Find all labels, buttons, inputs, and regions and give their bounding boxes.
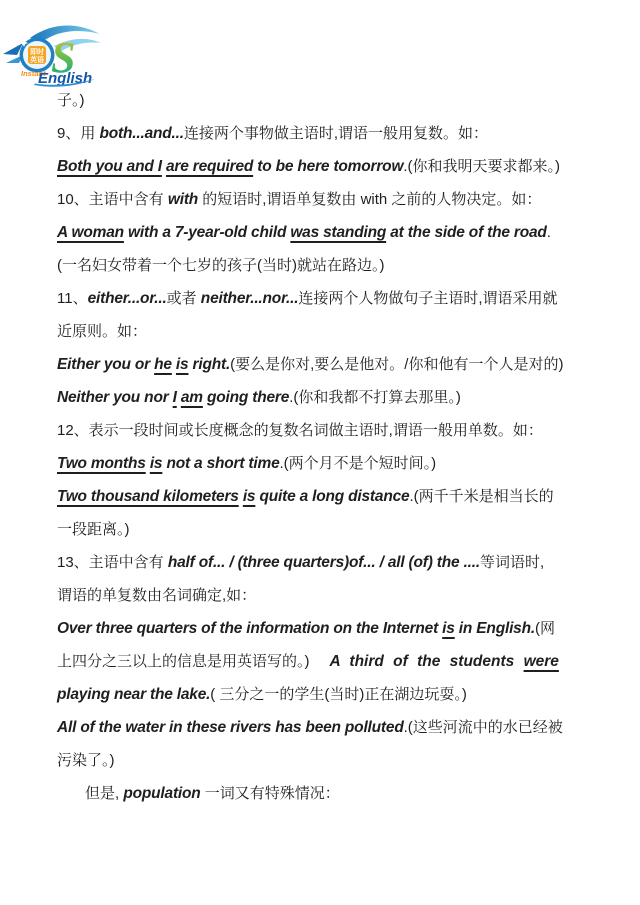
text-segment: 或者 [167,290,201,307]
text-segment: .(你和我都不打算去那里。) [289,389,461,406]
text-segment: he [154,356,172,373]
text-segment: quite a long distance [255,488,409,505]
line-population-note: 但是, population 一词又有特殊情况： [57,777,585,810]
text-segment: in English. [455,620,535,637]
line-rule-11b: 近原则。如： [57,315,585,348]
text-segment: (要么是你对,要么是他对。/你和他有一个人是对的) [230,356,563,373]
text-segment: 污染了。) [57,752,115,769]
text-segment: .(你和我明天要求都来。) [403,158,560,175]
text-segment: 10、主语中含有 [57,191,168,208]
text-segment: with a 7-year-old child [124,224,290,241]
text-segment: (网 [535,620,555,637]
text-segment: 的短语时,谓语单复数由 with 之前的人物决定。如： [198,191,541,208]
text-segment: half of... / (three quarters)of... / all… [168,554,480,571]
line-continuation: 子。) [57,84,585,117]
logo-badge-text-line2: 英语 [30,55,44,64]
text-segment: Neither you nor [57,389,173,406]
text-segment: 连接两个人物做句子主语时,谓语采用就 [298,290,557,307]
text-segment: Two months [57,455,146,472]
line-example-lake: playing near the lake.( 三分之一的学生(当时)正在湖边玩… [57,678,585,711]
text-segment: neither...nor... [201,290,299,307]
line-rule-11a: 11、either...or...或者 neither...nor...连接两个… [57,282,585,315]
text-segment: to be here tomorrow [253,158,403,175]
text-segment: not a short time [162,455,279,472]
line-example-two-months: Two months is not a short time.(两个月不是个短时… [57,447,585,480]
text-segment: both...and... [100,125,184,142]
text-segment: Both you and I [57,158,162,175]
text-segment: A third of the students [330,653,524,670]
line-example-neither-nor: Neither you nor I am going there.(你和我都不打… [57,381,585,414]
text-segment: 一词又有特殊情况： [201,785,340,802]
text-segment: either...or... [88,290,167,307]
line-rule-13a: 13、主语中含有 half of... / (three quarters)of… [57,546,585,579]
document-page: 即时 英语 S Instant English 子。)9、用 both...an… [0,0,640,905]
text-segment: 一段距离。) [57,521,130,538]
instant-english-logo: 即时 英语 S Instant English [0,10,112,90]
line-example-internet-a: Over three quarters of the information o… [57,612,585,645]
line-rule-10: 10、主语中含有 with 的短语时,谓语单复数由 with 之前的人物决定。如… [57,183,585,216]
text-segment: . [547,224,551,241]
line-example-water-a: All of the water in these rivers has bee… [57,711,585,744]
line-rule-13b: 谓语的单复数由名词确定,如： [57,579,585,612]
text-segment: is [150,455,163,472]
text-segment: 但是, [85,785,123,802]
text-segment: .(两个月不是个短时间。) [280,455,437,472]
text-segment: is [442,620,455,637]
text-segment: is [176,356,189,373]
text-segment: am [181,389,203,406]
document-body: 子。)9、用 both...and...连接两个事物做主语时,谓语一般用复数。如… [57,84,585,810]
text-segment: Either you or [57,356,154,373]
text-segment: 连接两个事物做主语时,谓语一般用复数。如： [184,125,488,142]
text-segment: 12、表示一段时间或长度概念的复数名词做主语时,谓语一般用单数。如： [57,422,543,439]
line-example-internet-b: 上四分之三以上的信息是用英语写的。)A third of the student… [57,645,585,678]
logo-badge-text-line1: 即时 [30,47,44,56]
line-example-either-or: Either you or he is right.(要么是你对,要么是他对。/… [57,348,585,381]
text-segment: with [168,191,198,208]
text-segment: was standing [290,224,386,241]
text-segment: 11、 [57,290,88,307]
text-segment: A woman [57,224,124,241]
text-segment: 等词语时, [480,554,544,571]
text-segment: .(两千千米是相当长的 [409,488,553,505]
line-example-with-en: A woman with a 7-year-old child was stan… [57,216,585,249]
line-example-kilometers-a: Two thousand kilometers is quite a long … [57,480,585,513]
text-segment: playing near the lake. [57,686,210,703]
line-example-both-and: Both you and I are required to be here t… [57,150,585,183]
line-example-with-cn: (一名妇女带着一个七岁的孩子(当时)就站在路边。) [57,249,585,282]
line-rule-9: 9、用 both...and...连接两个事物做主语时,谓语一般用复数。如： [57,117,585,150]
line-example-kilometers-b: 一段距离。) [57,513,585,546]
text-segment: were [524,653,559,670]
text-segment: population [123,785,200,802]
line-example-water-b: 污染了。) [57,744,585,777]
text-segment: 13、主语中含有 [57,554,168,571]
text-segment: 上四分之三以上的信息是用英语写的。) [57,653,310,670]
text-segment: right. [188,356,230,373]
text-segment: (一名妇女带着一个七岁的孩子(当时)就站在路边。) [57,257,384,274]
text-segment: 9、用 [57,125,100,142]
text-segment: are required [166,158,253,175]
text-segment: 近原则。如： [57,323,147,340]
logo-graphic: 即时 英语 S Instant English [0,10,112,90]
text-segment: Over three quarters of the information o… [57,620,442,637]
text-segment: Two thousand kilometers [57,488,239,505]
text-segment: is [243,488,256,505]
line-rule-12: 12、表示一段时间或长度概念的复数名词做主语时,谓语一般用单数。如： [57,414,585,447]
text-segment: ( 三分之一的学生(当时)正在湖边玩耍。) [210,686,467,703]
text-segment: 子。) [57,92,85,109]
text-segment: .(这些河流中的水已经被 [404,719,563,736]
text-segment: going there [203,389,289,406]
text-segment: All of the water in these rivers has bee… [57,719,404,736]
text-segment: 谓语的单复数由名词确定,如： [57,587,256,604]
text-segment: at the side of the road [386,224,547,241]
